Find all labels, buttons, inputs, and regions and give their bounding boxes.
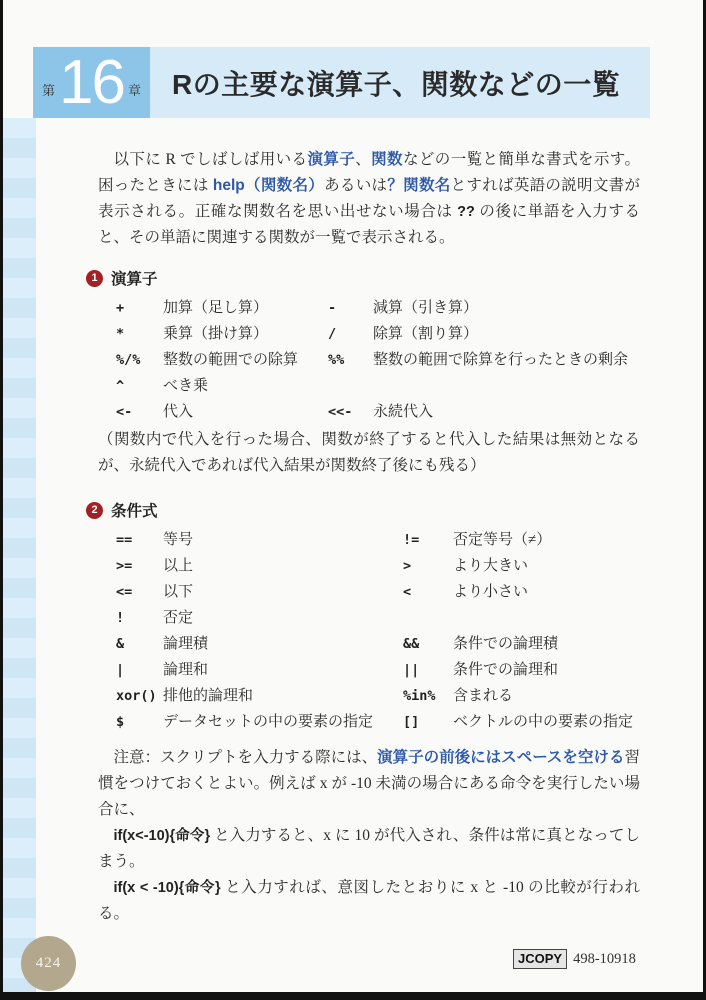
op-desc: 整数の範囲での除算 <box>163 347 328 373</box>
op-symbol: | <box>116 657 163 683</box>
code-example-2: if(x < -10){命令} と入力すれば、意図したとおりに x と -10 … <box>98 875 640 927</box>
code-snippet-good: if(x < -10){命令} <box>114 880 221 896</box>
assignment-note: （関数内で代入を行った場合、関数が終了すると代入した結果は無効となるが、永続代入… <box>98 427 640 479</box>
chapter-number-box: 第 16 章 <box>33 47 150 118</box>
page-number-badge: 424 <box>21 936 76 991</box>
left-decorative-stripe <box>3 118 36 992</box>
jcopy-code: 498-10918 <box>573 951 636 968</box>
op-desc <box>453 605 640 631</box>
op-symbol: == <box>116 527 163 553</box>
op-symbol: + <box>116 295 163 321</box>
op-desc: 整数の範囲で除算を行ったときの剰余 <box>373 347 640 373</box>
op-desc: 含まれる <box>453 683 640 709</box>
op-symbol: - <box>328 295 373 321</box>
op-desc: 論理積 <box>163 631 403 657</box>
op-desc: 条件での論理和 <box>453 657 640 683</box>
page-body: 以下に R でしばしば用いる演算子、関数などの一覧と簡単な書式を示す。困ったとき… <box>98 147 640 927</box>
op-symbol: && <box>403 631 453 657</box>
op-symbol: %in% <box>403 683 453 709</box>
section-1-badge: 1 <box>86 270 103 287</box>
caution-text: 注意：スクリプトを入力する際には、 <box>114 749 378 766</box>
op-symbol: <= <box>116 579 163 605</box>
page-title: Rの主要な演算子、関数などの一覧 <box>172 63 620 103</box>
scan-edge-bottom <box>0 992 706 1000</box>
op-desc: 論理和 <box>163 657 403 683</box>
op-desc: 等号 <box>163 527 403 553</box>
op-symbol: [] <box>403 709 453 735</box>
page-number: 424 <box>36 955 62 972</box>
chapter-header: 第 16 章 Rの主要な演算子、関数などの一覧 <box>33 47 650 118</box>
section-operators-heading: 1 演算子 <box>86 267 640 289</box>
op-desc: 除算（割り算） <box>373 321 640 347</box>
op-desc: より小さい <box>453 579 640 605</box>
op-symbol: ^ <box>116 373 163 399</box>
chapter-prefix: 第 <box>42 66 55 99</box>
op-desc: 永続代入 <box>373 399 640 425</box>
operator-table: + 加算（足し算） - 減算（引き算） * 乗算（掛け算） / 除算（割り算） … <box>98 295 640 425</box>
keyword-help: help（関数名） <box>213 177 324 194</box>
section-1-label: 演算子 <box>111 267 158 289</box>
op-desc: 乗算（掛け算） <box>163 321 328 347</box>
op-symbol: >= <box>116 553 163 579</box>
op-desc <box>373 373 640 399</box>
keyword-operator: 演算子 <box>307 151 355 168</box>
op-symbol: < <box>403 579 453 605</box>
jcopy-mark: JCOPY 498-10918 <box>513 949 636 969</box>
section-conditionals-heading: 2 条件式 <box>86 499 640 521</box>
op-symbol: ! <box>116 605 163 631</box>
op-desc: 以下 <box>163 579 403 605</box>
op-symbol: / <box>328 321 373 347</box>
op-symbol: %% <box>328 347 373 373</box>
op-symbol: > <box>403 553 453 579</box>
op-symbol: <- <box>116 399 163 425</box>
intro-text: 以下に R でしばしば用いる <box>114 151 308 168</box>
chapter-title-bar: Rの主要な演算子、関数などの一覧 <box>150 47 650 118</box>
caution-emphasis: 演算子の前後にはスペースを空ける <box>377 749 624 766</box>
intro-text: あるいは <box>324 177 387 194</box>
op-desc: べき乗 <box>163 373 328 399</box>
op-symbol: & <box>116 631 163 657</box>
op-symbol: $ <box>116 709 163 735</box>
op-symbol: xor() <box>116 683 163 709</box>
op-desc: 条件での論理積 <box>453 631 640 657</box>
op-symbol: <<- <box>328 399 373 425</box>
chapter-number: 16 <box>59 52 124 114</box>
op-desc: より大きい <box>453 553 640 579</box>
section-2-label: 条件式 <box>111 499 158 521</box>
jcopy-logo: JCOPY <box>513 949 567 969</box>
intro-paragraph: 以下に R でしばしば用いる演算子、関数などの一覧と簡単な書式を示す。困ったとき… <box>98 147 640 251</box>
conditional-table: == 等号 != 否定等号（≠） >= 以上 > より大きい <= 以下 < よ… <box>98 527 640 735</box>
op-desc: 排他的論理和 <box>163 683 403 709</box>
op-symbol: * <box>116 321 163 347</box>
intro-text: 、 <box>355 151 371 168</box>
code-example-1: if(x<-10){命令} と入力すると、x に 10 が代入され、条件は常に真… <box>98 823 640 875</box>
op-desc: データセットの中の要素の指定 <box>163 709 403 735</box>
chapter-suffix: 章 <box>128 66 141 99</box>
op-desc: 否定等号（≠） <box>453 527 640 553</box>
caution-paragraph: 注意：スクリプトを入力する際には、演算子の前後にはスペースを空ける習慣をつけてお… <box>98 745 640 823</box>
keyword-function: 関数 <box>371 151 403 168</box>
op-symbol: %/% <box>116 347 163 373</box>
op-desc: 減算（引き算） <box>373 295 640 321</box>
op-symbol: || <box>403 657 453 683</box>
op-desc: 加算（足し算） <box>163 295 328 321</box>
op-desc: 以上 <box>163 553 403 579</box>
keyword-double-question: ?? <box>457 204 475 220</box>
op-desc: 否定 <box>163 605 403 631</box>
code-snippet-bad: if(x<-10){命令} <box>114 828 211 844</box>
op-desc: 代入 <box>163 399 328 425</box>
op-symbol: != <box>403 527 453 553</box>
op-desc: ベクトルの中の要素の指定 <box>453 709 640 735</box>
op-symbol <box>328 373 373 399</box>
keyword-question-function: ？関数名 <box>387 177 450 194</box>
section-2-badge: 2 <box>86 502 103 519</box>
op-symbol <box>403 605 453 631</box>
